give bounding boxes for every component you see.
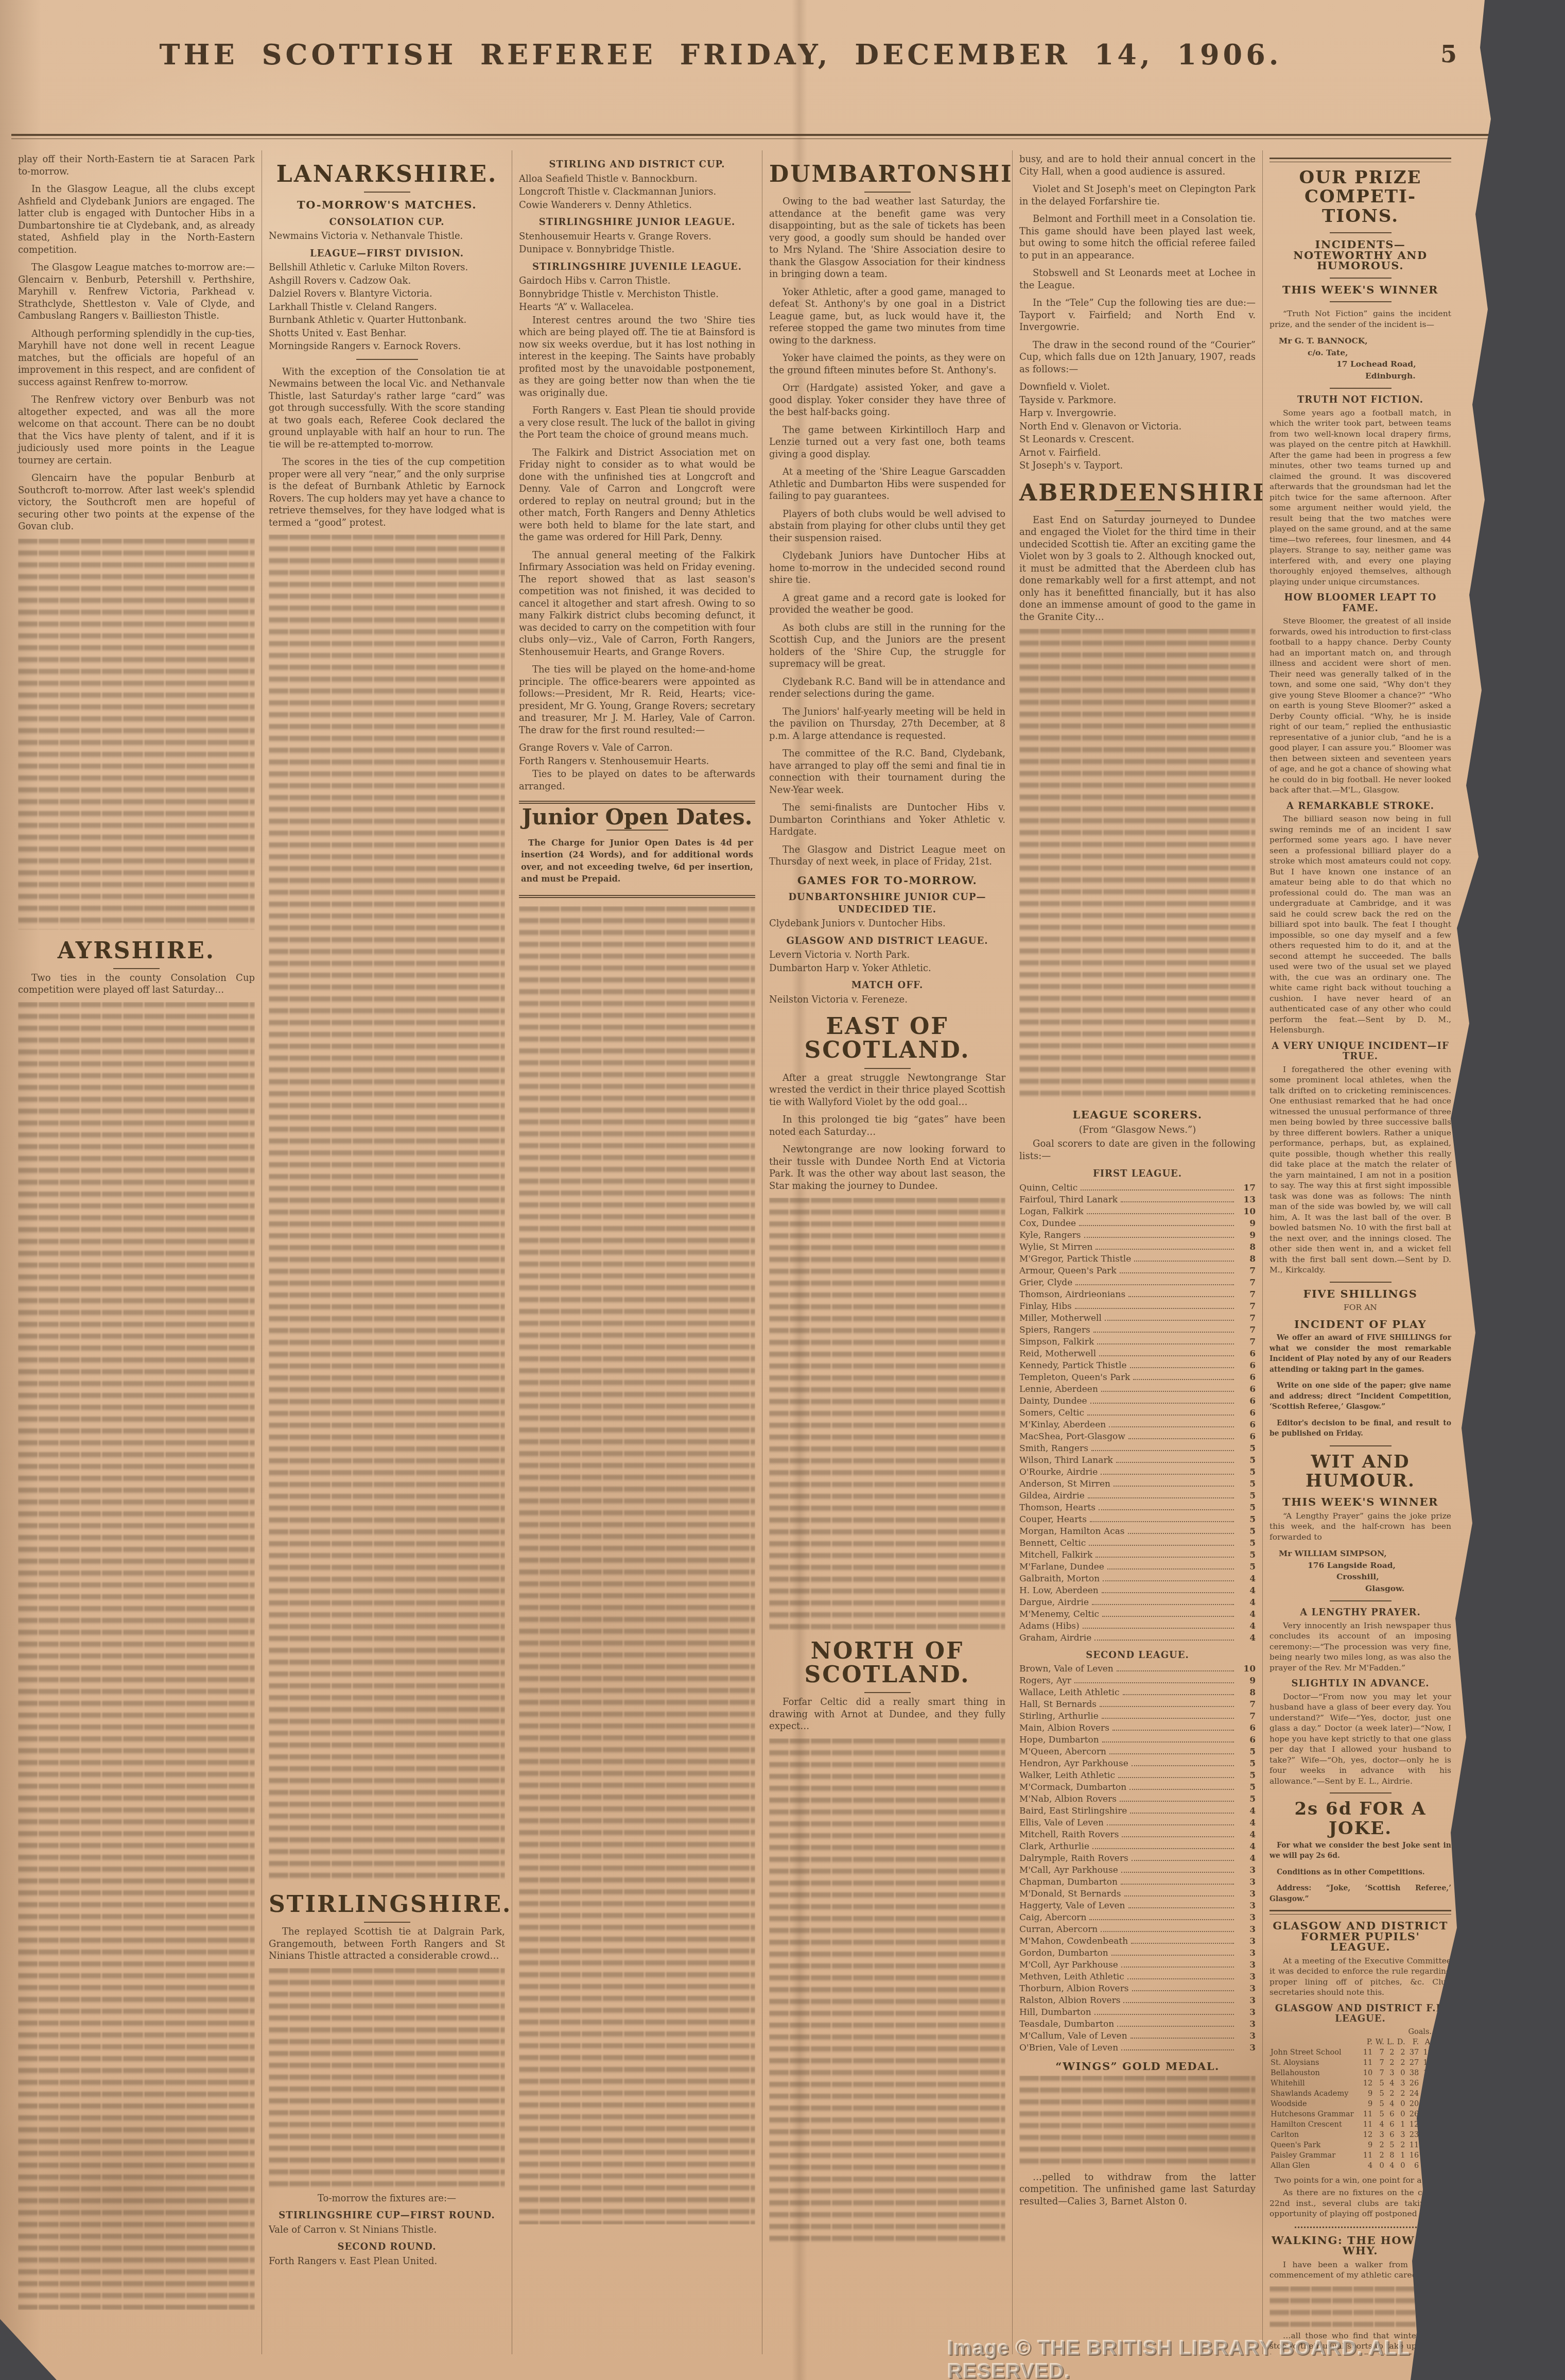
scorer-value: 3 (1237, 1888, 1256, 1900)
scorer-name: Haggerty, Vale of Leven (1019, 1900, 1125, 1912)
fixture-line: Arnot v. Fairfield. (1019, 447, 1256, 459)
scorer-row: M'Coll, Ayr Parkhouse3 (1019, 1959, 1256, 1971)
stat-value: 4 (1361, 2161, 1373, 2171)
dot-leader (1120, 1272, 1234, 1273)
scorer-name: Somers, Celtic (1019, 1407, 1084, 1419)
scorer-name: Cox, Dundee (1019, 1218, 1076, 1230)
scorer-name: Hendron, Ayr Parkhouse (1019, 1758, 1128, 1770)
illegible-text-block (269, 534, 505, 1884)
fixture-line: Gairdoch Hibs v. Carron Thistle. (519, 275, 755, 287)
article-subheading: A REMARKABLE STROKE. (1270, 801, 1451, 812)
scorer-row: Lennie, Aberdeen6 (1019, 1384, 1256, 1395)
wavy-rule (1295, 2227, 1425, 2228)
scorer-name: Mitchell, Falkirk (1019, 1549, 1092, 1561)
paragraph: Yoker have claimed the points, as they w… (769, 352, 1005, 376)
scorer-name: M'Nab, Albion Rovers (1019, 1793, 1117, 1805)
scorer-value: 3 (1237, 1947, 1256, 1959)
stat-value: 5 (1373, 2099, 1385, 2109)
paragraph: Newtongrange are now looking forward to … (769, 1144, 1005, 1192)
scorer-row: Reid, Motherwell6 (1019, 1348, 1256, 1360)
team-name: St. Aloysians (1270, 2058, 1361, 2068)
scorer-row: M'Farlane, Dundee5 (1019, 1561, 1256, 1573)
dot-leader (1121, 1201, 1234, 1202)
scorer-row: Rogers, Ayr9 (1019, 1675, 1256, 1687)
scorer-row: Anderson, St Mirren5 (1019, 1478, 1256, 1490)
paragraph: Two ties in the county Consolation Cup c… (18, 972, 255, 996)
scorer-row: Hope, Dumbarton6 (1019, 1734, 1256, 1746)
article-subheading: INCIDENTS—NOTEWORTHY AND HUMOROUS. (1270, 239, 1451, 271)
dot-leader (1122, 1836, 1234, 1837)
paragraph: In the Glasgow League, all the clubs exc… (18, 183, 255, 256)
stat-value: 6 (1385, 2130, 1396, 2140)
scorer-row: Wallace, Leith Athletic8 (1019, 1687, 1256, 1699)
column-header: W. (1373, 2037, 1385, 2047)
paragraph: Players of both clubs would be well advi… (769, 508, 1005, 545)
dot-leader (1120, 1801, 1234, 1802)
dot-leader (1121, 1967, 1234, 1968)
scorer-row: M'Mahon, Cowdenbeath3 (1019, 1936, 1256, 1947)
stat-value: 1 (1395, 2119, 1406, 2130)
scorer-value: 4 (1237, 1597, 1256, 1609)
team-name: Queen's Park (1270, 2140, 1361, 2150)
fixture-line: Larkhall Thistle v. Cleland Rangers. (269, 301, 505, 314)
scorer-name: M'Menemy, Celtic (1019, 1609, 1099, 1620)
paragraph: The billiard season now being in full sw… (1270, 814, 1451, 1036)
scorer-value: 3 (1237, 1983, 1256, 1995)
scorer-name: Reid, Motherwell (1019, 1348, 1096, 1360)
stat-value: 11 (1361, 2058, 1373, 2068)
scorer-name: Kennedy, Partick Thistle (1019, 1360, 1127, 1372)
scorer-name: Thomson, Airdrieonians (1019, 1289, 1125, 1301)
paragraph: The Falkirk and District Association met… (519, 447, 755, 544)
paragraph: Stobswell and St Leonards meet at Lochee… (1019, 267, 1256, 291)
scorer-value: 7 (1237, 1711, 1256, 1722)
scorer-row: Dalrymple, Raith Rovers4 (1019, 1853, 1256, 1865)
dot-leader (1121, 1872, 1234, 1873)
stat-value: 11 (1361, 2109, 1373, 2119)
stat-value: 0 (1395, 2099, 1406, 2109)
article-subheading: TO-MORROW'S MATCHES. (269, 199, 505, 211)
scorer-row: MacShea, Port-Glasgow6 (1019, 1431, 1256, 1443)
scorer-name: M'Cormack, Dumbarton (1019, 1782, 1126, 1793)
dot-leader (1128, 1533, 1234, 1534)
illegible-text-block (769, 1738, 1005, 2243)
dot-leader (1121, 1884, 1234, 1885)
scorer-value: 4 (1237, 1829, 1256, 1841)
separator-rule (1330, 388, 1392, 389)
team-name: Allan Glen (1270, 2161, 1361, 2171)
scorer-row: Kennedy, Partick Thistle6 (1019, 1360, 1256, 1372)
separator-rule (1330, 1792, 1392, 1793)
scorer-value: 3 (1237, 2042, 1256, 2054)
scorer-name: M'Donald, St Bernards (1019, 1888, 1121, 1900)
scorer-value: 8 (1237, 1241, 1256, 1253)
team-name: Carlton (1270, 2130, 1361, 2140)
column-4: DUMBARTONSHIRE.Owing to the bad weather … (762, 150, 1012, 2354)
double-rule (1270, 158, 1451, 162)
article-subheading: CONSOLATION CUP. (269, 216, 505, 229)
fixture-line: Levern Victoria v. North Park. (769, 949, 1005, 961)
dot-leader (1105, 1320, 1234, 1321)
scorer-name: O'Brien, Vale of Leven (1019, 2042, 1118, 2054)
fixture-line: Harp v. Invergowrie. (1019, 407, 1256, 420)
column-1: play off their North-Eastern tie at Sara… (11, 150, 262, 2354)
dot-leader (1089, 1919, 1234, 1920)
table-row: Goals. (1270, 2027, 1451, 2037)
scorer-row: M'Call, Ayr Parkhouse3 (1019, 1865, 1256, 1876)
scorer-name: Hall, St Bernards (1019, 1699, 1097, 1711)
scorer-value: 7 (1237, 1301, 1256, 1313)
scorer-name: Mitchell, Raith Rovers (1019, 1829, 1119, 1841)
stat-value: 4 (1385, 2078, 1396, 2089)
paragraph: Goal scorers to date are given in the fo… (1019, 1138, 1256, 1162)
column-5: busy, and are to hold their annual conce… (1012, 150, 1262, 2354)
separator-rule (1330, 1600, 1392, 1601)
scorer-value: 4 (1237, 1841, 1256, 1853)
scorer-name: Grier, Clyde (1019, 1277, 1072, 1289)
dot-leader (1094, 2014, 1234, 2015)
stat-value: 3 (1385, 2068, 1396, 2078)
scorer-name: Bennett, Celtic (1019, 1538, 1086, 1549)
article-subheading: TRUTH NOT FICTION. (1270, 395, 1451, 406)
stat-value: 6 (1406, 2161, 1420, 2171)
paragraph: In the “Tele” Cup the following ties are… (1019, 297, 1256, 334)
scorer-name: Thomson, Hearts (1019, 1502, 1095, 1514)
scorer-value: 5 (1237, 1758, 1256, 1770)
fixture-line: Ashgill Rovers v. Cadzow Oak. (269, 275, 505, 287)
dot-leader (1132, 1765, 1234, 1766)
scorer-row: Hall, St Bernards7 (1019, 1699, 1256, 1711)
stat-value: 11 (1361, 2047, 1373, 2058)
scorer-row: Grier, Clyde7 (1019, 1277, 1256, 1289)
paragraph: In this prolonged tie big “gates” have b… (769, 1114, 1005, 1138)
stat-value: 9 (1361, 2140, 1373, 2150)
article-heading: AYRSHIRE. (18, 939, 255, 969)
dot-leader (1111, 1955, 1234, 1956)
scorer-row: Dargue, Airdrie4 (1019, 1597, 1256, 1609)
dot-leader (1095, 1249, 1234, 1250)
paragraph: Doctor—“From now you may let your husban… (1270, 1692, 1451, 1787)
dot-leader (1101, 1474, 1234, 1475)
paragraph: The Glasgow League matches to-morrow are… (18, 262, 255, 322)
stat-value: 5 (1373, 2078, 1385, 2089)
dot-leader (1116, 1462, 1234, 1463)
dot-leader (1129, 1789, 1234, 1790)
dot-leader (1101, 1391, 1234, 1392)
scorer-value: 9 (1237, 1675, 1256, 1687)
scorer-name: Hope, Dumbarton (1019, 1734, 1099, 1746)
paragraph: At a meeting of the 'Shire League Garsca… (769, 466, 1005, 503)
dot-leader (1090, 1521, 1234, 1522)
stat-value: 9 (1361, 2099, 1373, 2109)
fixture-line: Alloa Seafield Thistle v. Bannockburn. (519, 173, 755, 185)
fixture-line: Tayside v. Parkmore. (1019, 394, 1256, 407)
scorer-value: 6 (1237, 1734, 1256, 1746)
dot-leader (1088, 1497, 1234, 1498)
column-3: STIRLING AND DISTRICT CUP.Alloa Seafield… (512, 150, 762, 2354)
scorer-row: Brown, Vale of Leven10 (1019, 1663, 1256, 1675)
stat-value: 2 (1373, 2150, 1385, 2161)
dot-leader (1103, 1580, 1234, 1581)
masthead-title: THE SCOTTISH REFEREE (159, 38, 656, 71)
scorer-row: Morgan, Hamilton Acas5 (1019, 1526, 1256, 1538)
paragraph: …pelled to withdraw from the latter comp… (1019, 2171, 1256, 2208)
scorer-row: Hendron, Ayr Parkhouse5 (1019, 1758, 1256, 1770)
dot-leader (1114, 1486, 1234, 1487)
stat-value: 9 (1361, 2089, 1373, 2099)
scorer-name: Armour, Queen's Park (1019, 1265, 1117, 1277)
scorer-name: Thorburn, Albion Rovers (1019, 1983, 1129, 1995)
scorer-name: Curran, Abercorn (1019, 1924, 1098, 1936)
stat-value: 4 (1373, 2119, 1385, 2130)
scorer-value: 3 (1237, 1995, 1256, 2007)
dot-leader (1134, 1261, 1234, 1262)
notice-paragraph: Editor's decision to be final, and resul… (1270, 1418, 1451, 1439)
dot-leader (1090, 1403, 1234, 1404)
article-subheading: GAMES FOR TO-MORROW. (769, 874, 1005, 887)
scorer-row: Adams (Hibs)4 (1019, 1620, 1256, 1632)
illegible-text-block (18, 539, 255, 930)
scorer-row: M'Nab, Albion Rovers5 (1019, 1793, 1256, 1805)
scorer-value: 4 (1237, 1632, 1256, 1644)
scorer-row: Templeton, Queen's Park6 (1019, 1372, 1256, 1384)
team-column-header (1270, 2037, 1361, 2047)
illegible-text-block (1019, 2076, 1256, 2168)
article-subheading: DUNBARTONSHIRE JUNIOR CUP—UNDECIDED TIE. (769, 891, 1005, 916)
address-line: Mr WILLIAM SIMPSON, (1279, 1548, 1451, 1559)
paragraph: The game between Kirkintilloch Harp and … (769, 424, 1005, 461)
dot-leader (1131, 2038, 1234, 2039)
scorer-name: Methven, Leith Athletic (1019, 1971, 1124, 1983)
scorer-name: Dalrymple, Raith Rovers (1019, 1853, 1128, 1865)
scorer-row: Finlay, Hibs7 (1019, 1301, 1256, 1313)
scorer-value: 4 (1237, 1573, 1256, 1585)
article-subheading: FIVE SHILLINGS (1270, 1289, 1451, 1300)
fixture-line: Morningside Rangers v. Earnock Rovers. (269, 340, 505, 353)
fixture-line: Dalziel Rovers v. Blantyre Victoria. (269, 288, 505, 300)
scorer-name: M'Call, Ayr Parkhouse (1019, 1865, 1118, 1876)
address-line: Glasgow. (1365, 1583, 1451, 1594)
scorer-row: Caig, Abercorn3 (1019, 1912, 1256, 1924)
stat-value: 0 (1395, 2161, 1406, 2171)
dot-leader (1121, 2049, 1234, 2050)
scorer-name: Ellis, Vale of Leven (1019, 1817, 1104, 1829)
scorer-name: Miller, Motherwell (1019, 1313, 1102, 1324)
stat-value: 3 (1395, 2130, 1406, 2140)
scorer-row: Dainty, Dundee6 (1019, 1395, 1256, 1407)
scorer-row: O'Brien, Vale of Leven3 (1019, 2042, 1256, 2054)
scorer-name: MacShea, Port-Glasgow (1019, 1431, 1125, 1443)
scorer-value: 6 (1237, 1431, 1256, 1443)
stat-value: 20 (1406, 2099, 1420, 2109)
dot-leader (1117, 2026, 1234, 2027)
scorer-value: 6 (1237, 1360, 1256, 1372)
address-line: c/o. Tate, (1308, 347, 1451, 358)
scorer-row: Fairfoul, Third Lanark13 (1019, 1194, 1256, 1206)
paragraph: After a great struggle Newtongrange Star… (769, 1072, 1005, 1109)
scorer-value: 4 (1237, 1853, 1256, 1865)
paragraph: Although performing splendidly in the cu… (18, 328, 255, 389)
scorer-name: Spiers, Rangers (1019, 1324, 1090, 1336)
article-subheading: LEAGUE SCORERS. (1019, 1109, 1256, 1121)
scorer-row: Thomson, Airdrieonians7 (1019, 1289, 1256, 1301)
scorer-value: 3 (1237, 1959, 1256, 1971)
paragraph: Violet and St Joseph's meet on Clepingto… (1019, 183, 1256, 208)
illegible-text-block (769, 1198, 1005, 1630)
scorer-name: M'Farlane, Dundee (1019, 1561, 1104, 1573)
dot-leader (1109, 1753, 1234, 1754)
notice-paragraph: We offer an award of FIVE SHILLINGS for … (1270, 1333, 1451, 1375)
dot-leader (1092, 1604, 1234, 1605)
scorer-name: Gildea, Airdrie (1019, 1490, 1085, 1502)
scorer-value: 13 (1237, 1194, 1256, 1206)
paragraph: Ties to be played on dates to be afterwa… (519, 768, 755, 792)
article-subheading: A LENGTHY PRAYER. (1270, 1608, 1451, 1618)
article-subheading: STIRLING AND DISTRICT CUP. (519, 159, 755, 171)
scorer-name: M'Coll, Ayr Parkhouse (1019, 1959, 1118, 1971)
scorer-value: 5 (1237, 1455, 1256, 1467)
stat-value: 2 (1373, 2140, 1385, 2150)
scorer-name: Main, Albion Rovers (1019, 1722, 1109, 1734)
scorer-row: Wilson, Third Lanark5 (1019, 1455, 1256, 1467)
dot-leader (1091, 1450, 1234, 1451)
scorer-name: Walker, Leith Athletic (1019, 1770, 1115, 1782)
stat-value: 24 (1406, 2089, 1420, 2099)
scorer-value: 6 (1237, 1722, 1256, 1734)
paragraph: A great game and a record gate is looked… (769, 592, 1005, 616)
page-number: 5 (1440, 40, 1457, 68)
scorer-row: Bennett, Celtic5 (1019, 1538, 1256, 1549)
scorer-row: Thomson, Hearts5 (1019, 1502, 1256, 1514)
dot-leader (1093, 1332, 1234, 1333)
scorer-row: Cox, Dundee9 (1019, 1218, 1256, 1230)
scorer-row: Curran, Abercorn3 (1019, 1924, 1256, 1936)
team-name: Whitehill (1270, 2078, 1361, 2089)
centered-line: (From “Glasgow News.”) (1019, 1124, 1256, 1136)
article-subheading: STIRLINGSHIRE JUVENILE LEAGUE. (519, 261, 755, 273)
dot-leader (1102, 1718, 1234, 1719)
scorer-name: O'Rourke, Airdrie (1019, 1467, 1098, 1478)
stat-value: 2 (1385, 2089, 1396, 2099)
dot-leader (1118, 1777, 1234, 1778)
scorer-name: Logan, Falkirk (1019, 1206, 1084, 1218)
article-heading: OUR PRIZE COMPETI-TIONS. (1270, 168, 1451, 226)
dot-leader (1123, 2002, 1234, 2003)
article-subheading: SECOND LEAGUE. (1019, 1649, 1256, 1662)
scorer-name: Teasdale, Dumbarton (1019, 2019, 1114, 2030)
article-heading: ABERDEENSHIRE. (1019, 481, 1256, 511)
scorer-name: Kyle, Rangers (1019, 1230, 1081, 1241)
fixture-line: St Leonards v. Crescent. (1019, 434, 1256, 446)
stat-value: 5 (1373, 2089, 1385, 2099)
scorer-row: Thorburn, Albion Rovers3 (1019, 1983, 1256, 1995)
dot-leader (1075, 1308, 1234, 1309)
dot-leader (1128, 1296, 1234, 1297)
scorer-row: H. Low, Aberdeen4 (1019, 1585, 1256, 1597)
fixture-line: Forth Rangers v. East Plean United. (269, 2255, 505, 2268)
paragraph: The ties will be played on the home-and-… (519, 664, 755, 736)
scorer-name: Dargue, Airdrie (1019, 1597, 1089, 1609)
scorer-row: Quinn, Celtic17 (1019, 1182, 1256, 1194)
scorer-value: 7 (1237, 1289, 1256, 1301)
scorer-row: M'Donald, St Bernards3 (1019, 1888, 1256, 1900)
scorer-value: 3 (1237, 2030, 1256, 2042)
paragraph: Owing to the bad weather last Saturday, … (769, 196, 1005, 281)
scorer-value: 5 (1237, 1538, 1256, 1549)
fixture-line: Hearts “A” v. Wallacelea. (519, 301, 755, 314)
stat-value: 2 (1395, 2140, 1406, 2150)
scorer-value: 5 (1237, 1746, 1256, 1758)
article-subheading: STIRLINGSHIRE CUP—FIRST ROUND. (269, 2210, 505, 2222)
scorer-row: Mitchell, Falkirk5 (1019, 1549, 1256, 1561)
table-row: John Street School11722371916 (1270, 2047, 1451, 2058)
scorer-value: 7 (1237, 1324, 1256, 1336)
separator-rule (1330, 301, 1392, 302)
paragraph: play off their North-Eastern tie at Sara… (18, 153, 255, 178)
scorer-row: Ralston, Albion Rovers3 (1019, 1995, 1256, 2007)
column-6: OUR PRIZE COMPETI-TIONS.INCIDENTS—NOTEWO… (1262, 150, 1458, 2354)
paragraph: The draw in the second round of the “Cou… (1019, 339, 1256, 376)
article-heading: WIT AND HUMOUR. (1270, 1453, 1451, 1491)
paragraph: The Juniors' half-yearly meeting will be… (769, 706, 1005, 743)
scorer-value: 5 (1237, 1490, 1256, 1502)
dot-leader (1112, 1730, 1234, 1731)
stat-value: 2 (1385, 2047, 1396, 2058)
article-subheading: “WINGS” GOLD MEDAL. (1019, 2060, 1256, 2073)
scorer-row: Armour, Queen's Park7 (1019, 1265, 1256, 1277)
stat-value: 6 (1385, 2109, 1396, 2119)
column-2: LANARKSHIRE.TO-MORROW'S MATCHES.CONSOLAT… (262, 150, 512, 2354)
stat-value: 2 (1395, 2047, 1406, 2058)
scorer-value: 8 (1237, 1253, 1256, 1265)
scorer-value: 3 (1237, 1936, 1256, 1947)
article-heading: 2s 6d FOR A JOKE. (1270, 1800, 1451, 1838)
dot-leader (1081, 1189, 1234, 1191)
scorer-row: Somers, Celtic6 (1019, 1407, 1256, 1419)
paragraph: The scores in the ties of the cup compet… (269, 456, 505, 529)
scorer-row: M'Menemy, Celtic4 (1019, 1609, 1256, 1620)
paragraph: Orr (Hardgate) assisted Yoker, and gave … (769, 382, 1005, 419)
scorer-name: Morgan, Hamilton Acas (1019, 1526, 1125, 1538)
paragraph: Belmont and Forthill meet in a Consolati… (1019, 213, 1256, 262)
address-line: Mr G. T. BANNOCK, (1279, 335, 1451, 347)
scorer-name: Baird, East Stirlingshire (1019, 1805, 1127, 1817)
scorer-row: Gordon, Dumbarton3 (1019, 1947, 1256, 1959)
paragraph: With the exception of the Consolation ti… (269, 366, 505, 451)
scorer-value: 7 (1237, 1336, 1256, 1348)
team-name: Woodside (1270, 2099, 1361, 2109)
scorer-name: Adams (Hibs) (1019, 1620, 1080, 1632)
separator-rule (1330, 232, 1392, 233)
stat-value: 26 (1406, 2078, 1420, 2089)
article-subheading: FIRST LEAGUE. (1019, 1168, 1256, 1180)
team-name: Shawlands Academy (1270, 2089, 1361, 2099)
scorer-name: M'Queen, Abercorn (1019, 1746, 1106, 1758)
scorer-value: 3 (1237, 1876, 1256, 1888)
address-block: Mr WILLIAM SIMPSON,176 Langside Road,Cro… (1270, 1548, 1451, 1594)
scorer-row: Simpson, Falkirk7 (1019, 1336, 1256, 1348)
scorer-row: Clark, Arthurlie4 (1019, 1841, 1256, 1853)
scorer-value: 6 (1237, 1348, 1256, 1360)
double-rule (1270, 1910, 1451, 1915)
dot-leader (1083, 1628, 1234, 1629)
stat-value: 5 (1373, 2109, 1385, 2119)
fixture-line: Longcroft Thistle v. Clackmannan Juniors… (519, 186, 755, 198)
paragraph: Some years ago a football match, in whic… (1270, 408, 1451, 588)
notice-paragraph: Write on one side of the paper; give nam… (1270, 1381, 1451, 1412)
dot-leader (1100, 1706, 1234, 1707)
scorer-value: 5 (1237, 1467, 1256, 1478)
